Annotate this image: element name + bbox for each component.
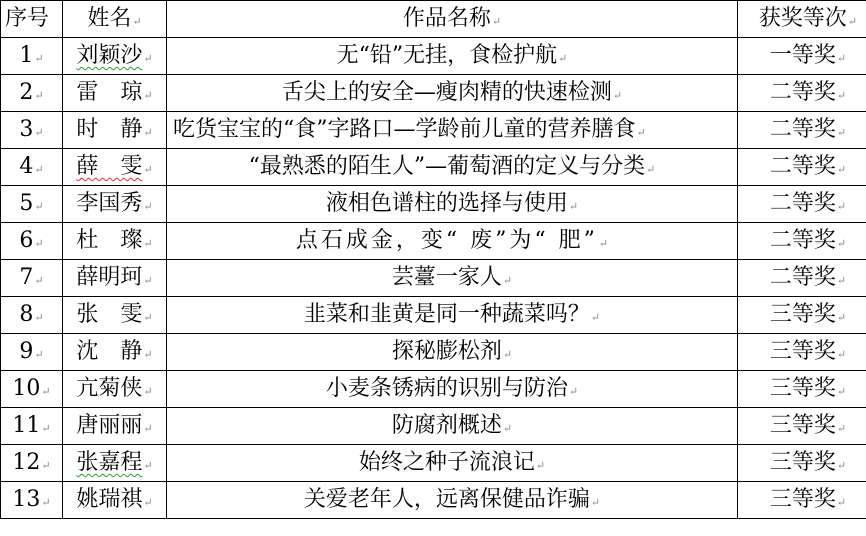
cell-award: 一等奖↵ (738, 38, 866, 75)
cell-title: 芸薹一家人↵ (167, 260, 738, 297)
paragraph-mark-icon: ↵ (143, 385, 152, 398)
paragraph-mark-icon: ↵ (503, 422, 512, 435)
cell-name: 薛明珂↵ (63, 260, 167, 297)
paragraph-mark-icon: ↵ (569, 385, 578, 398)
no-text: 1 (19, 43, 33, 68)
cell-no: 9↵ (1, 334, 63, 371)
cell-award: 二等奖↵ (738, 149, 866, 186)
cell-name: 沈 静↵ (63, 334, 167, 371)
table-header-row: 序号 姓名↵ 作品名称↵ 获奖等次↵ (1, 1, 866, 38)
paragraph-mark-icon: ↵ (503, 274, 512, 287)
paragraph-mark-icon: ↵ (41, 496, 50, 509)
table-row: 13↵ 姚瑞祺↵ 关爱老年人，远离保健品诈骗↵ 三等奖↵ (1, 482, 866, 519)
cell-no: 1↵ (1, 38, 63, 75)
cell-no: 11↵ (1, 408, 63, 445)
table-row: 6↵ 杜 璨↵ 点石成金，变“ 废”为“ 肥”↵ 二等奖↵ (1, 223, 866, 260)
title-text: 点石成金，变“ 废”为“ 肥” (296, 228, 598, 253)
no-text: 13 (12, 487, 40, 512)
cell-name: 张 雯↵ (63, 297, 167, 334)
award-text: 三等奖 (770, 487, 836, 512)
paragraph-mark-icon: ↵ (837, 200, 846, 213)
paragraph-mark-icon: ↵ (143, 52, 152, 65)
award-text: 二等奖 (770, 265, 836, 290)
title-text: 防腐剂概述 (392, 413, 502, 438)
paragraph-mark-icon: ↵ (837, 126, 846, 139)
title-text: 关爱老年人，远离保健品诈骗 (304, 487, 590, 512)
cell-name: 唐丽丽↵ (63, 408, 167, 445)
cell-title: 韭菜和韭黄是同一种蔬菜吗？↵ (167, 297, 738, 334)
paragraph-mark-icon: ↵ (848, 15, 857, 28)
title-text: 探秘膨松剂 (392, 339, 502, 364)
paragraph-mark-icon: ↵ (599, 237, 608, 250)
cell-award: 三等奖↵ (738, 408, 866, 445)
paragraph-mark-icon: ↵ (492, 15, 501, 28)
name-text: 雷 琼 (76, 80, 142, 105)
cell-name: 刘颖沙↵ (63, 38, 167, 75)
award-text: 二等奖 (770, 117, 836, 142)
cell-no: 8↵ (1, 297, 63, 334)
paragraph-mark-icon: ↵ (34, 89, 43, 102)
name-text: 杜 璨 (76, 228, 142, 253)
cell-title: 始终之种子流浪记↵ (167, 445, 738, 482)
table-row: 12↵ 张嘉程↵ 始终之种子流浪记↵ 三等奖↵ (1, 445, 866, 482)
cell-name: 杜 璨↵ (63, 223, 167, 260)
paragraph-mark-icon: ↵ (34, 200, 43, 213)
cell-award: 三等奖↵ (738, 297, 866, 334)
header-title-label: 作品名称 (403, 6, 491, 31)
paragraph-mark-icon: ↵ (143, 496, 152, 509)
paragraph-mark-icon: ↵ (34, 52, 43, 65)
title-text: 液相色谱柱的选择与使用 (326, 191, 568, 216)
paragraph-mark-icon: ↵ (143, 237, 152, 250)
name-text: 刘颖沙 (76, 43, 142, 68)
name-text: 薛 雯 (76, 154, 142, 179)
paragraph-mark-icon: ↵ (613, 89, 622, 102)
paragraph-mark-icon: ↵ (143, 311, 152, 324)
cell-title: 吃货宝宝的“食”字路口—学龄前儿童的营养膳食↵ (167, 112, 738, 149)
title-text: 小麦条锈病的识别与防治 (326, 376, 568, 401)
cell-title: 无“铅”无挂，食检护航↵ (167, 38, 738, 75)
paragraph-mark-icon: ↵ (34, 126, 43, 139)
paragraph-mark-icon: ↵ (132, 15, 141, 28)
paragraph-mark-icon: ↵ (837, 52, 846, 65)
header-no: 序号 (1, 1, 63, 38)
name-text: 张嘉程 (76, 450, 142, 475)
award-text: 三等奖 (770, 450, 836, 475)
header-award-label: 获奖等次 (759, 6, 847, 31)
no-text: 10 (12, 376, 40, 401)
paragraph-mark-icon: ↵ (34, 311, 43, 324)
no-text: 12 (12, 450, 40, 475)
cell-no: 6↵ (1, 223, 63, 260)
name-text: 唐丽丽 (76, 413, 142, 438)
cell-no: 5↵ (1, 186, 63, 223)
table-row: 5↵ 李国秀↵ 液相色谱柱的选择与使用↵ 二等奖↵ (1, 186, 866, 223)
paragraph-mark-icon: ↵ (34, 348, 43, 361)
paragraph-mark-icon: ↵ (143, 459, 152, 472)
cell-title: 防腐剂概述↵ (167, 408, 738, 445)
award-text: 三等奖 (770, 413, 836, 438)
cell-name: 张嘉程↵ (63, 445, 167, 482)
cell-title: 探秘膨松剂↵ (167, 334, 738, 371)
paragraph-mark-icon: ↵ (646, 163, 655, 176)
name-text: 张 雯 (76, 302, 142, 327)
paragraph-mark-icon: ↵ (837, 422, 846, 435)
title-text: 吃货宝宝的“食”字路口—学龄前儿童的营养膳食 (173, 117, 636, 142)
paragraph-mark-icon: ↵ (34, 274, 43, 287)
paragraph-mark-icon: ↵ (837, 459, 846, 472)
cell-name: 李国秀↵ (63, 186, 167, 223)
paragraph-mark-icon: ↵ (837, 348, 846, 361)
cell-title: 小麦条锈病的识别与防治↵ (167, 371, 738, 408)
no-text: 7 (19, 265, 33, 290)
paragraph-mark-icon: ↵ (837, 385, 846, 398)
cell-name: 薛 雯↵ (63, 149, 167, 186)
paragraph-mark-icon: ↵ (143, 348, 152, 361)
name-text: 亢菊侠 (76, 376, 142, 401)
paragraph-mark-icon: ↵ (569, 200, 578, 213)
paragraph-mark-icon: ↵ (837, 274, 846, 287)
no-text: 3 (19, 117, 33, 142)
paragraph-mark-icon: ↵ (837, 311, 846, 324)
no-text: 8 (19, 302, 33, 327)
paragraph-mark-icon: ↵ (143, 422, 152, 435)
title-text: “最熟悉的陌生人”—葡萄酒的定义与分类 (249, 154, 646, 179)
paragraph-mark-icon: ↵ (637, 126, 646, 139)
cell-award: 二等奖↵ (738, 186, 866, 223)
cell-title: “最熟悉的陌生人”—葡萄酒的定义与分类↵ (167, 149, 738, 186)
cell-award: 二等奖↵ (738, 260, 866, 297)
award-text: 三等奖 (770, 339, 836, 364)
award-text: 二等奖 (770, 191, 836, 216)
paragraph-mark-icon: ↵ (536, 459, 545, 472)
cell-name: 时 静↵ (63, 112, 167, 149)
award-table: 序号 姓名↵ 作品名称↵ 获奖等次↵ 1↵ 刘颖沙↵ 无“铅”无挂，食检护航↵ … (0, 0, 866, 519)
cell-no: 2↵ (1, 75, 63, 112)
header-name: 姓名↵ (63, 1, 167, 38)
award-text: 三等奖 (770, 302, 836, 327)
cell-award: 二等奖↵ (738, 223, 866, 260)
name-text: 姚瑞祺 (76, 487, 142, 512)
paragraph-mark-icon: ↵ (143, 200, 152, 213)
table-row: 1↵ 刘颖沙↵ 无“铅”无挂，食检护航↵ 一等奖↵ (1, 38, 866, 75)
cell-no: 12↵ (1, 445, 63, 482)
cell-name: 姚瑞祺↵ (63, 482, 167, 519)
table-row: 3↵ 时 静↵ 吃货宝宝的“食”字路口—学龄前儿童的营养膳食↵ 二等奖↵ (1, 112, 866, 149)
table-row: 4↵ 薛 雯↵ “最熟悉的陌生人”—葡萄酒的定义与分类↵ 二等奖↵ (1, 149, 866, 186)
paragraph-mark-icon: ↵ (143, 126, 152, 139)
paragraph-mark-icon: ↵ (34, 163, 43, 176)
cell-name: 亢菊侠↵ (63, 371, 167, 408)
cell-award: 二等奖↵ (738, 75, 866, 112)
title-text: 芸薹一家人 (392, 265, 502, 290)
no-text: 2 (19, 80, 33, 105)
title-text: 韭菜和韭黄是同一种蔬菜吗？ (304, 302, 590, 327)
cell-no: 4↵ (1, 149, 63, 186)
cell-title: 液相色谱柱的选择与使用↵ (167, 186, 738, 223)
cell-award: 三等奖↵ (738, 482, 866, 519)
paragraph-mark-icon: ↵ (143, 163, 152, 176)
cell-no: 3↵ (1, 112, 63, 149)
name-text: 沈 静 (76, 339, 142, 364)
name-text: 李国秀 (76, 191, 142, 216)
paragraph-mark-icon: ↵ (143, 274, 152, 287)
header-title: 作品名称↵ (167, 1, 738, 38)
table-row: 2↵ 雷 琼↵ 舌尖上的安全—瘦肉精的快速检测↵ 二等奖↵ (1, 75, 866, 112)
award-text: 二等奖 (770, 228, 836, 253)
paragraph-mark-icon: ↵ (837, 163, 846, 176)
cell-no: 7↵ (1, 260, 63, 297)
cell-award: 三等奖↵ (738, 445, 866, 482)
cell-award: 三等奖↵ (738, 334, 866, 371)
cell-no: 13↵ (1, 482, 63, 519)
award-text: 二等奖 (770, 154, 836, 179)
paragraph-mark-icon: ↵ (837, 89, 846, 102)
paragraph-mark-icon: ↵ (591, 496, 600, 509)
cell-title: 关爱老年人，远离保健品诈骗↵ (167, 482, 738, 519)
name-text: 时 静 (76, 117, 142, 142)
award-text: 三等奖 (770, 376, 836, 401)
no-text: 11 (12, 413, 40, 438)
cell-title: 舌尖上的安全—瘦肉精的快速检测↵ (167, 75, 738, 112)
name-text: 薛明珂 (76, 265, 142, 290)
paragraph-mark-icon: ↵ (41, 459, 50, 472)
paragraph-mark-icon: ↵ (837, 237, 846, 250)
table-row: 7↵ 薛明珂↵ 芸薹一家人↵ 二等奖↵ (1, 260, 866, 297)
title-text: 舌尖上的安全—瘦肉精的快速检测 (282, 80, 612, 105)
no-text: 6 (19, 228, 33, 253)
cell-no: 10↵ (1, 371, 63, 408)
header-no-label: 序号 (5, 6, 49, 31)
award-text: 二等奖 (770, 80, 836, 105)
paragraph-mark-icon: ↵ (41, 385, 50, 398)
header-name-label: 姓名 (87, 6, 131, 31)
paragraph-mark-icon: ↵ (34, 237, 43, 250)
cell-title: 点石成金，变“ 废”为“ 肥”↵ (167, 223, 738, 260)
no-text: 4 (19, 154, 33, 179)
table-row: 11↵ 唐丽丽↵ 防腐剂概述↵ 三等奖↵ (1, 408, 866, 445)
award-text: 一等奖 (770, 43, 836, 68)
table-row: 8↵ 张 雯↵ 韭菜和韭黄是同一种蔬菜吗？↵ 三等奖↵ (1, 297, 866, 334)
title-text: 始终之种子流浪记 (359, 450, 535, 475)
table-row: 9↵ 沈 静↵ 探秘膨松剂↵ 三等奖↵ (1, 334, 866, 371)
paragraph-mark-icon: ↵ (591, 311, 600, 324)
header-award: 获奖等次↵ (738, 1, 866, 38)
paragraph-mark-icon: ↵ (558, 52, 567, 65)
paragraph-mark-icon: ↵ (837, 496, 846, 509)
cell-name: 雷 琼↵ (63, 75, 167, 112)
no-text: 5 (19, 191, 33, 216)
paragraph-mark-icon: ↵ (41, 422, 50, 435)
no-text: 9 (19, 339, 33, 364)
cell-award: 二等奖↵ (738, 112, 866, 149)
paragraph-mark-icon: ↵ (503, 348, 512, 361)
paragraph-mark-icon: ↵ (143, 89, 152, 102)
title-text: 无“铅”无挂，食检护航 (337, 43, 558, 68)
table-row: 10↵ 亢菊侠↵ 小麦条锈病的识别与防治↵ 三等奖↵ (1, 371, 866, 408)
cell-award: 三等奖↵ (738, 371, 866, 408)
